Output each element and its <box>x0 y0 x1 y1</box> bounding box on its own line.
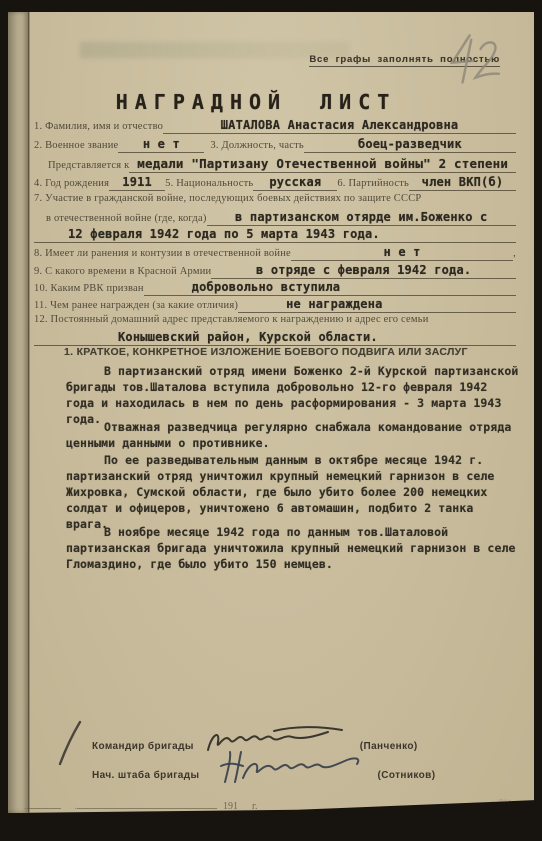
war-participation-value-1: в партизанском отярде им.Боженко с <box>207 210 516 226</box>
wounds-value: н е т <box>291 245 513 261</box>
commander-label: Командир бригады <box>92 741 194 752</box>
citation-paragraph: Отважная разведчица регулярно снабжала к… <box>66 419 522 451</box>
army-since-label: 9. С какого времени в Красной Армии <box>34 266 211 277</box>
print-form-mark: т. 701 <box>491 798 512 808</box>
chief-of-staff-signature-row: Нач. штаба бригады (Сотников) <box>92 762 518 788</box>
army-since-value: в отряде с февраля 1942 года. <box>211 263 516 279</box>
field-home-address-caption: 12. Постоянный домашний адрес представля… <box>34 314 516 325</box>
handwritten-check-mark <box>54 718 84 768</box>
award-sheet-page: Все графы заполнять полностью НАГРАДНОЙ … <box>8 12 534 813</box>
party-label: 6. Партийность <box>337 178 409 189</box>
year-prefix: 191 <box>223 801 238 812</box>
previous-awards-label: 11. Чем ранее награжден (за какие отличи… <box>34 300 238 311</box>
citation-paragraph: В ноябре месяце 1942 года по данным тов.… <box>66 524 522 572</box>
wounds-label: 8. Имеет ли ранения и контузии в отечест… <box>34 248 291 259</box>
field-name-value: ШАТАЛОВА Анастасия Александровна <box>163 118 516 134</box>
field-army-since: 9. С какого времени в Красной Армии в от… <box>34 263 516 279</box>
war-participation-value-2: 12 февраля 1942 года по 5 марта 1943 год… <box>34 227 516 243</box>
birth-year-label: 4. Год рождения <box>34 178 109 189</box>
date-line: . . 191 г. <box>24 798 518 812</box>
field-wounds: 8. Имеет ли ранения и контузии в отечест… <box>34 245 516 261</box>
nationality-label: 5. Национальность <box>165 178 253 189</box>
citation-paragraph: По ее разведывательным данным в октябре … <box>66 452 522 532</box>
field-name-label: 1. Фамилия, имя и отчество <box>34 121 163 132</box>
nationality-value: русская <box>253 175 337 191</box>
binding-crease <box>29 12 30 813</box>
handwritten-page-number <box>441 27 510 99</box>
presented-value: медали "Партизану Отечественной войны" 2… <box>129 156 516 173</box>
field-presented-for: Представляется к медали "Партизану Отече… <box>48 156 516 173</box>
party-value: член ВКП(б) <box>409 175 516 191</box>
wounds-tail: , <box>513 248 516 259</box>
field-name: 1. Фамилия, имя и отчество ШАТАЛОВА Анас… <box>34 118 516 134</box>
home-address-value: Конышевский район, Курской области. <box>34 330 516 346</box>
field-war-participation: в отечественной войне (где, когда) в пар… <box>46 210 516 226</box>
field-drafted-by: 10. Каким РВК призван добровольно вступи… <box>34 280 516 296</box>
drafted-by-label: 10. Каким РВК призван <box>34 283 144 294</box>
field-position-label: 3. Должность, часть <box>210 140 303 151</box>
chief-signature <box>215 748 375 788</box>
citation-heading: 1. КРАТКОЕ, КОНКРЕТНОЕ ИЗЛОЖЕНИЕ БОЕВОГО… <box>64 346 468 358</box>
chief-label: Нач. штаба бригады <box>92 770 199 781</box>
chief-name: (Сотников) <box>377 770 435 781</box>
field-rank-label: 2. Военное звание <box>34 140 118 151</box>
field-birth-nationality-party: 4. Год рождения 1911 5. Национальность р… <box>34 175 516 191</box>
year-suffix: г. <box>252 801 257 812</box>
citation-paragraph: В партизанский отряд имени Боженко 2-й К… <box>66 363 522 427</box>
field-position-value: боец-разведчик <box>304 137 516 153</box>
document-scan: Все графы заполнять полностью НАГРАДНОЙ … <box>0 0 542 841</box>
page-title: НАГРАДНОЙ ЛИСТ <box>8 90 504 114</box>
field-rank-position: 2. Военное звание н е т 3. Должность, ча… <box>34 137 516 153</box>
previous-awards-value: не награждена <box>238 297 516 313</box>
field-rank-value: н е т <box>118 137 204 153</box>
field-previous-awards: 11. Чем ранее награжден (за какие отличи… <box>34 297 516 313</box>
binding-edge <box>8 12 29 813</box>
presented-label: Представляется к <box>48 160 129 171</box>
drafted-by-value: добровольно вступила <box>144 280 516 296</box>
field-war-participation-caption: 7. Участие в гражданской войне, последую… <box>34 193 516 204</box>
field-war-participation-cont: 12 февраля 1942 года по 5 марта 1943 год… <box>34 227 516 243</box>
field-home-address: Конышевский район, Курской области. <box>34 330 516 346</box>
birth-year-value: 1911 <box>109 175 165 191</box>
